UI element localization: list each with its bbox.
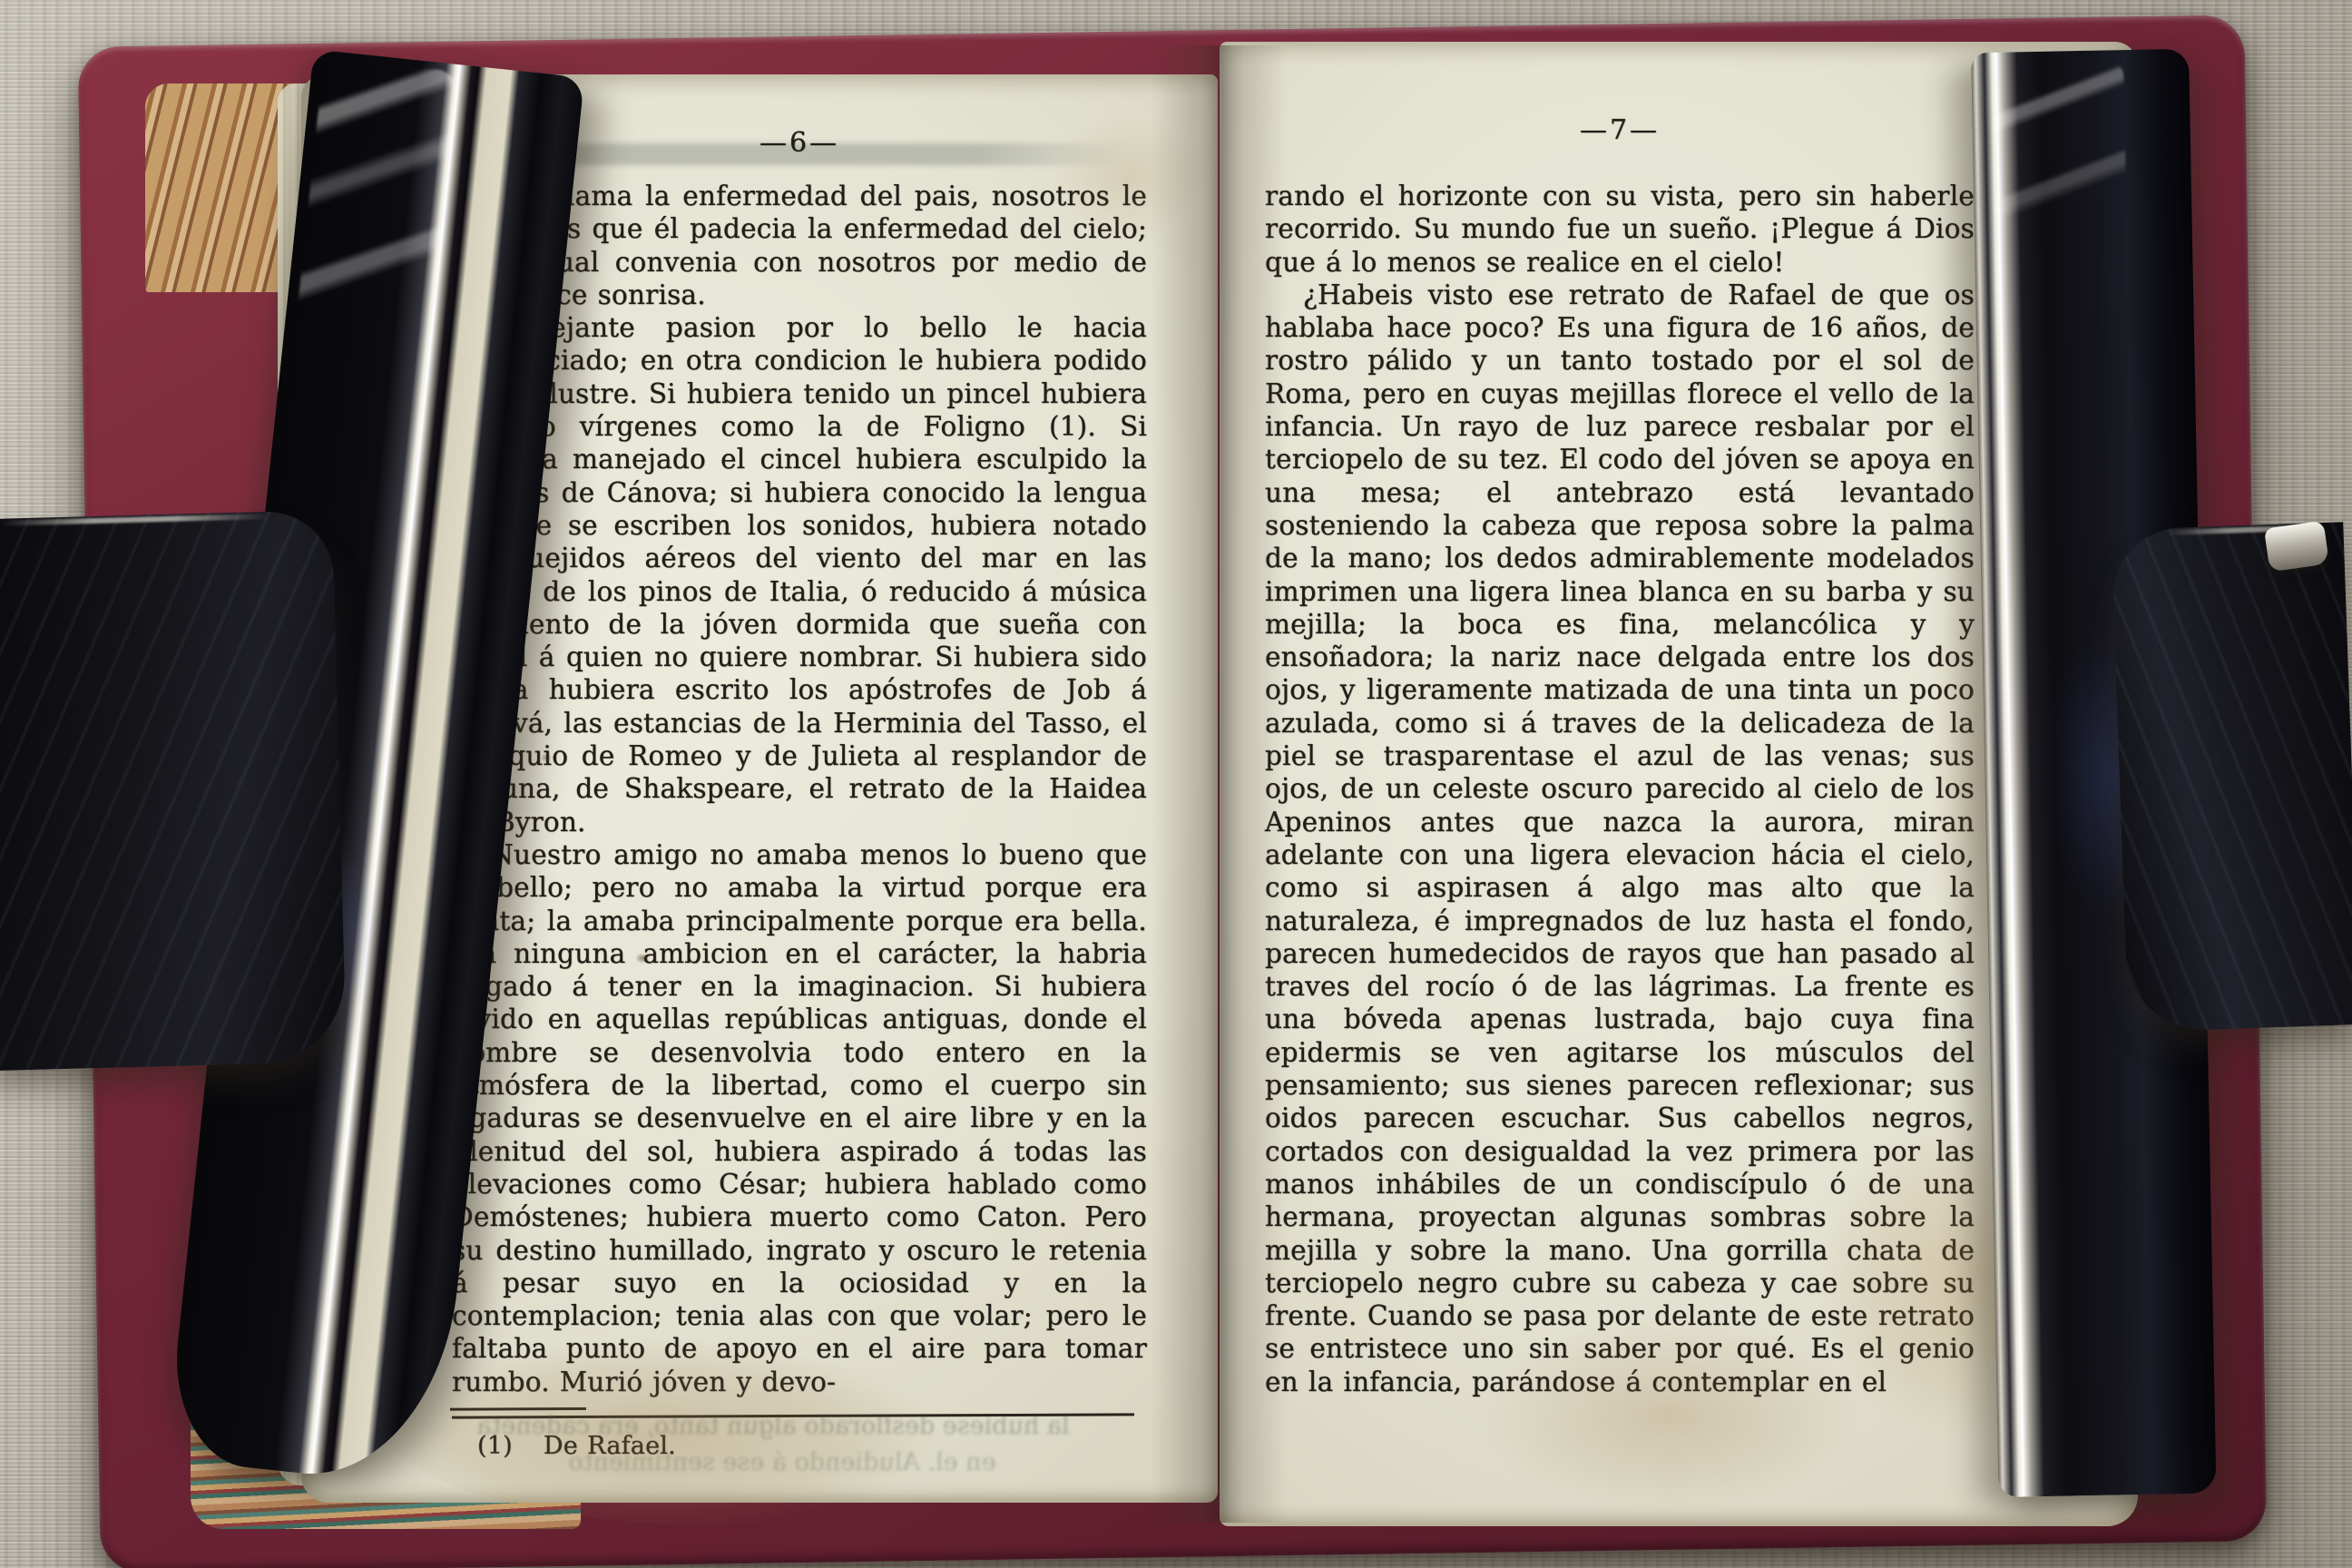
page-right-text-column: —7— rando el horizonte con su vista, per… [1265,114,1975,1398]
clip-hinge-nub [2264,521,2329,573]
ghost-bleed-line: la hubiese desflorado algun tanto, era c… [428,1412,1118,1440]
clip-shine [289,58,459,397]
right-clip-arm [2111,522,2352,1033]
photo-scene: —6— que se llama la enfermedad del pais,… [0,0,2352,1568]
page-number-right: —7— [1265,114,1975,151]
clip-shine [1993,59,2128,298]
paragraph: ¿Habeis visto ese retrato de Rafael de q… [1265,279,1975,1398]
left-clip-arm [0,510,347,1071]
paragraph: rando el horizonte con su vista, pero si… [1265,180,1975,279]
paragraph: Nuestro amigo no amaba menos lo bueno qu… [452,838,1147,1398]
paragraph: Semejante pasion por lo bello le hacia d… [452,311,1147,838]
ghost-bleed-line: en el. Aludiendo á ese sentimiento [437,1448,1127,1476]
